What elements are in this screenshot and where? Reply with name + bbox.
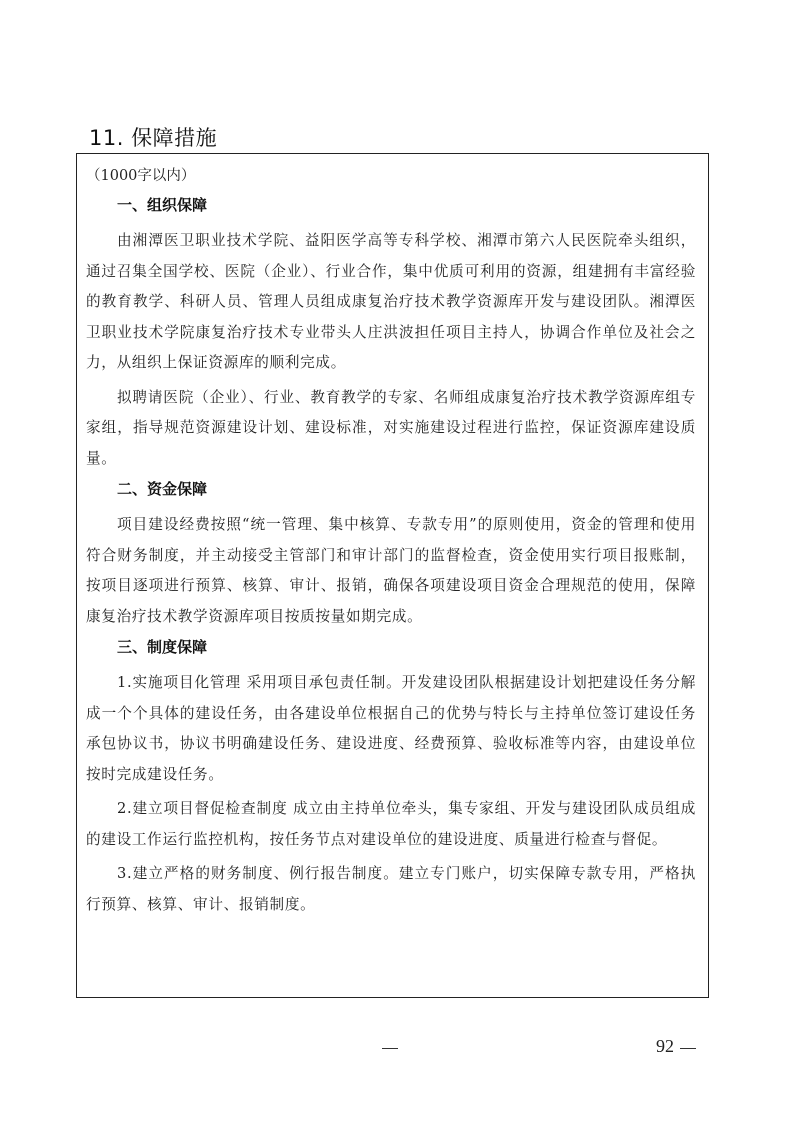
content-body: （1000字以内） 一、组织保障 由湘潭医卫职业技术学院、益阳医学高等专科学校、… — [86, 166, 696, 924]
paragraph: 3.建立严格的财务制度、例行报告制度。建立专门账户，切实保障专款专用，严格执行预… — [86, 859, 696, 920]
paragraph: 由湘潭医卫职业技术学院、益阳医学高等专科学校、湘潭市第六人民医院牵头组织，通过召… — [86, 226, 696, 379]
paragraph: 项目建设经费按照“统一管理、集中核算、专款专用”的原则使用，资金的管理和使用符合… — [86, 510, 696, 632]
word-limit-note: （1000字以内） — [86, 166, 696, 186]
paragraph: 拟聘请医院（企业）、行业、教育教学的专家、名师组成康复治疗技术教学资源库组专家组… — [86, 383, 696, 475]
section-heading: 三、制度保障 — [86, 636, 696, 658]
content-box: （1000字以内） 一、组织保障 由湘潭医卫职业技术学院、益阳医学高等专科学校、… — [76, 153, 709, 998]
section-system: 三、制度保障 1.实施项目化管理 采用项目承包责任制。开发建设团队根据建设计划把… — [86, 636, 696, 920]
section-organization: 一、组织保障 由湘潭医卫职业技术学院、益阳医学高等专科学校、湘潭市第六人民医院牵… — [86, 194, 696, 474]
page-number: 92 — [656, 1036, 674, 1057]
paragraph: 1.实施项目化管理 采用项目承包责任制。开发建设团队根据建设计划把建设任务分解成… — [86, 668, 696, 790]
footer-dash-right — [680, 1048, 696, 1049]
paragraph: 2.建立项目督促检查制度 成立由主持单位牵头，集专家组、开发与建设团队成员组成的… — [86, 794, 696, 855]
section-heading: 二、资金保障 — [86, 478, 696, 500]
section-title: 11. 保障措施 — [89, 122, 217, 152]
section-heading: 一、组织保障 — [86, 194, 696, 216]
footer-dash-left — [382, 1048, 398, 1049]
section-funding: 二、资金保障 项目建设经费按照“统一管理、集中核算、专款专用”的原则使用，资金的… — [86, 478, 696, 632]
